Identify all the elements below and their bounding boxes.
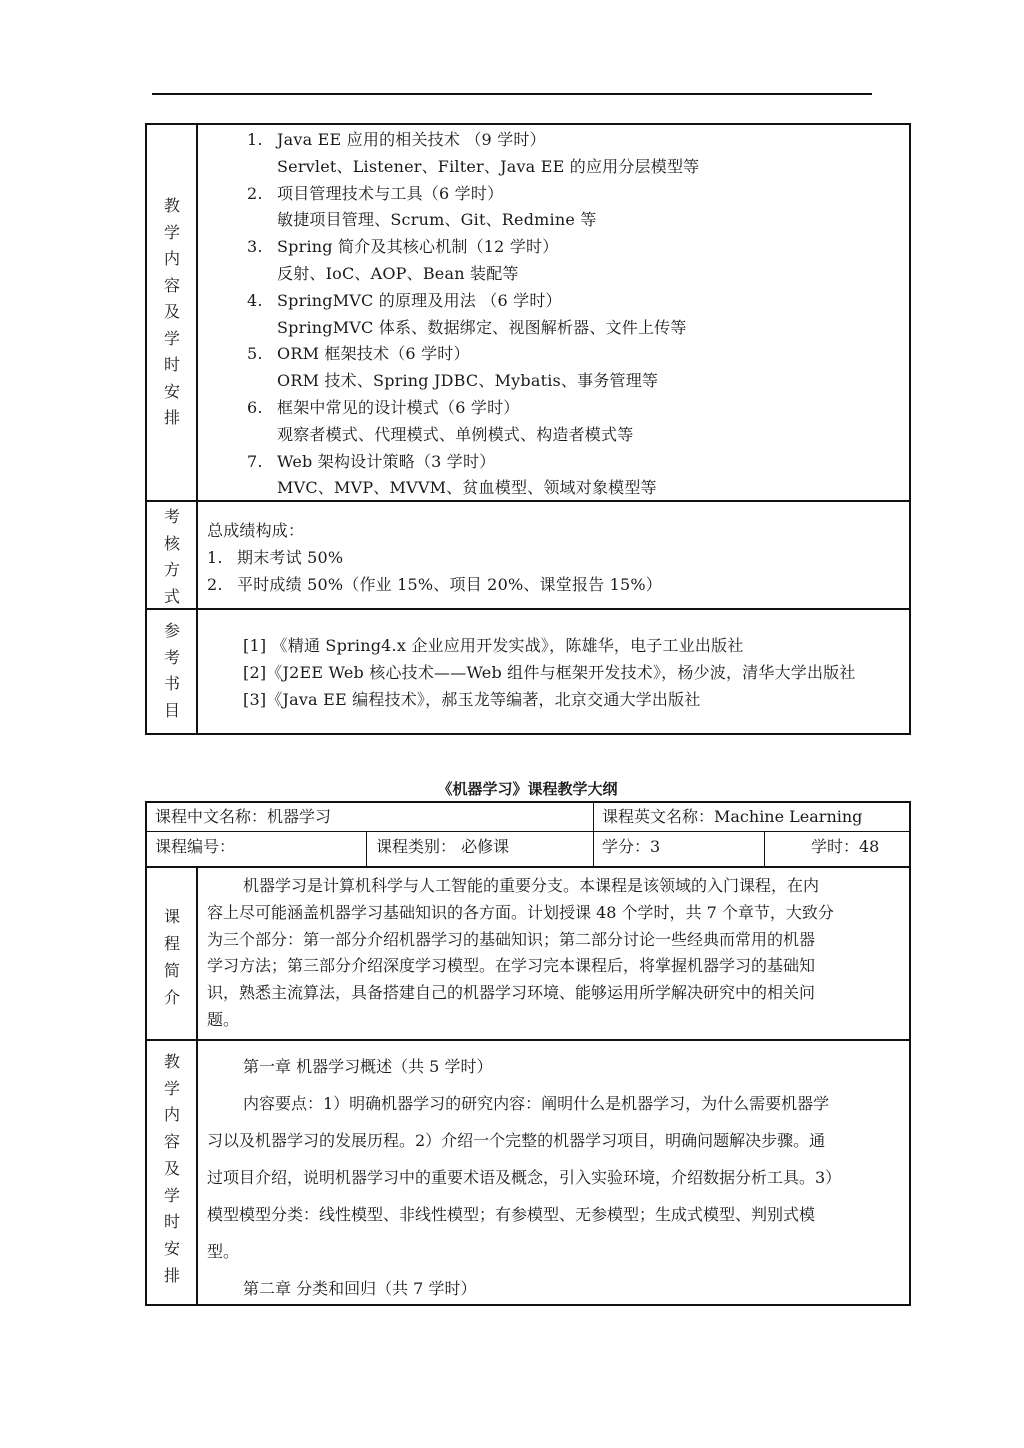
list-item-detail: 反射、IoC、AOP、Bean 装配等 (247, 261, 699, 288)
row-divider (147, 866, 909, 868)
list-item-detail: ORM 技术、Spring JDBC、Mybatis、事务管理等 (247, 368, 699, 395)
list-item-title: 2.项目管理技术与工具（6 学时） (247, 181, 699, 208)
syllabus-table-continued: 教 学 内 容 及 学 时 安 排 1.Java EE 应用的相关技术 （9 学… (145, 123, 911, 735)
section-label-teaching-content: 教 学 内 容 及 学 时 安 排 (147, 1049, 197, 1289)
course-credits: 学分：3 (602, 833, 660, 861)
references-list: [1] 《精通 Spring4.x 企业应用开发实战》，陈雄华，电子工业出版社 … (243, 633, 856, 713)
section-label-assessment: 考 核 方 式 (147, 504, 197, 610)
col-divider (764, 831, 765, 866)
list-item-title: 1.Java EE 应用的相关技术 （9 学时） (247, 127, 699, 154)
list-item-detail: SpringMVC 体系、数据绑定、视图解析器、文件上传等 (247, 315, 699, 342)
section-label-teaching-content: 教 学 内 容 及 学 时 安 排 (147, 193, 197, 432)
course-cn-name: 课程中文名称：机器学习 (155, 803, 331, 831)
course-code: 课程编号： (155, 833, 235, 861)
col-divider (593, 803, 594, 866)
col-divider (366, 831, 367, 866)
reference-item: [2]《J2EE Web 核心技术——Web 组件与框架开发技术》，杨少波，清华… (243, 660, 856, 687)
list-item-title: 3.Spring 简介及其核心机制（12 学时） (247, 234, 699, 261)
assessment-content: 总成绩构成： 1.期末考试 50% 2.平时成绩 50%（作业 15%、项目 2… (207, 518, 662, 598)
teaching-content-list: 1.Java EE 应用的相关技术 （9 学时） Servlet、Listene… (247, 127, 699, 502)
list-item-detail: 敏捷项目管理、Scrum、Git、Redmine 等 (247, 207, 699, 234)
section-label-references: 参 考 书 目 (147, 618, 197, 724)
chapter-heading: 第二章 分类和回归（共 7 学时） (207, 1270, 841, 1307)
course-intro: 机器学习是计算机科学与人工智能的重要分支。本课程是该领域的入门课程，在内 容上尽… (207, 873, 834, 1034)
assessment-item: 2.平时成绩 50%（作业 15%、项目 20%、课堂报告 15%） (207, 572, 662, 599)
reference-item: [1] 《精通 Spring4.x 企业应用开发实战》，陈雄华，电子工业出版社 (243, 633, 856, 660)
chapter-heading: 第一章 机器学习概述（共 5 学时） (207, 1048, 841, 1085)
row-divider (147, 831, 909, 832)
list-item-title: 6.框架中常见的设计模式（6 学时） (247, 395, 699, 422)
syllabus-table-machine-learning: 课程中文名称：机器学习 课程英文名称：Machine Learning 课程编号… (145, 801, 911, 1306)
list-item-title: 4.SpringMVC 的原理及用法 （6 学时） (247, 288, 699, 315)
page-header-rule (152, 93, 872, 95)
course-en-name: 课程英文名称：Machine Learning (602, 803, 862, 831)
list-item-detail: Servlet、Listener、Filter、Java EE 的应用分层模型等 (247, 154, 699, 181)
reference-item: [3]《Java EE 编程技术》，郝玉龙等编著，北京交通大学出版社 (243, 687, 856, 714)
row-divider (147, 1039, 909, 1041)
assessment-item: 1.期末考试 50% (207, 545, 662, 572)
teaching-content: 第一章 机器学习概述（共 5 学时） 内容要点：1）明确机器学习的研究内容：阐明… (207, 1048, 841, 1307)
list-item-title: 7.Web 架构设计策略（3 学时） (247, 449, 699, 476)
course-hours: 学时：48 (811, 833, 879, 861)
course-category: 课程类别： 必修课 (376, 833, 509, 861)
list-item-title: 5.ORM 框架技术（6 学时） (247, 341, 699, 368)
syllabus-title: 《机器学习》课程教学大纲 (145, 778, 910, 799)
section-label-intro: 课 程 简 介 (147, 903, 197, 1011)
list-item-detail: MVC、MVP、MVVM、贫血模型、领域对象模型等 (247, 475, 699, 502)
list-item-detail: 观察者模式、代理模式、单例模式、构造者模式等 (247, 422, 699, 449)
assessment-heading: 总成绩构成： (207, 518, 662, 545)
row-divider (147, 608, 909, 610)
